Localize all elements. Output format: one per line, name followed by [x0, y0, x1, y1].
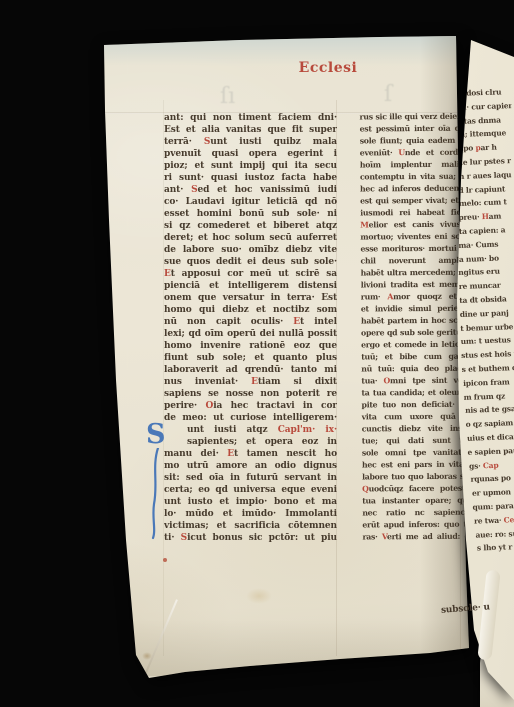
- rubricated-text: Cap: [483, 460, 499, 470]
- ink-text: tpo: [460, 144, 476, 154]
- ink-text: gs·: [469, 461, 483, 470]
- ink-text: ngitus eru: [458, 267, 500, 277]
- ink-text: ti· cur capien: [460, 101, 511, 112]
- text-line: n r aues laqu: [459, 168, 514, 184]
- ink-text: ipicon fram: [463, 377, 510, 388]
- text-line: melo: cum t: [459, 195, 514, 211]
- ink-text: qum: para: [472, 501, 513, 511]
- ink-text: s lho yt r in: [477, 542, 514, 553]
- ink-text: melo: cum t: [459, 198, 507, 209]
- leaf-text-fragments: ndosi clruti· cur capienrtas dnman; itte…: [451, 85, 514, 556]
- manuscript-photo: ſı ſ Ecclesi ant: qui non timent faciem …: [0, 0, 514, 707]
- ink-text: rqunas po: [470, 474, 511, 484]
- ink-text: er upmon: [472, 487, 511, 497]
- ink-text: re muncar: [459, 281, 501, 291]
- ink-text: ndosi clru: [461, 87, 501, 97]
- ink-text: uius et dicat: [467, 432, 514, 443]
- text-line: dine ur panj: [460, 306, 514, 322]
- rubricated-text: Ce: [504, 515, 514, 524]
- ink-text: am: [489, 212, 502, 221]
- ink-text: o qz sapiam: [465, 418, 513, 429]
- next-leaf-wrap: ndosi clruti· cur capienrtas dnman; itte…: [0, 0, 514, 707]
- text-line: er upmon: [472, 485, 514, 501]
- text-line: qum: para: [472, 499, 514, 515]
- text-line: re twa· Ce: [474, 513, 514, 529]
- text-line: e sapien pau: [467, 444, 514, 460]
- text-line: ti· cur capien: [460, 99, 511, 115]
- text-line: aue: ro: su: [475, 526, 514, 542]
- ink-text: um: t uestus: [461, 336, 511, 347]
- ink-text: te lur pstes r: [459, 156, 511, 167]
- ink-text: re twa·: [474, 515, 504, 525]
- text-line: uius et dicat: [467, 430, 514, 446]
- ink-text: preu·: [458, 212, 482, 222]
- text-line: ipicon fram: [463, 375, 514, 391]
- ink-text: e sapien pau: [467, 446, 514, 457]
- ink-text: n; ittemque: [459, 129, 506, 140]
- text-line: s lho yt r in: [477, 540, 514, 556]
- next-leaf: ndosi clruti· cur capienrtas dnman; itte…: [0, 0, 514, 707]
- ink-text: n r aues laqu: [459, 170, 512, 181]
- text-line: s et buthem c: [461, 361, 514, 377]
- ink-text: ma· Cums: [458, 239, 498, 249]
- ink-text: m frum qz: [463, 391, 505, 401]
- text-line: rqunas po: [470, 471, 514, 487]
- ink-text: stus est hois t: [461, 349, 514, 360]
- ink-text: ta capien: a: [459, 225, 506, 236]
- ink-text: s et buthem c: [462, 363, 514, 374]
- ink-text: ar h: [480, 143, 496, 153]
- ink-text: nis ad te gsa: [465, 404, 514, 415]
- ink-text: a num· bo: [459, 253, 499, 263]
- ink-text: aue: ro: su: [475, 529, 514, 539]
- ink-text: d lr capiunt: [458, 184, 505, 195]
- ink-text: dine ur panj: [460, 308, 509, 319]
- ink-text: t bemur urbe: [460, 322, 513, 333]
- ink-text: ta dt obsida: [459, 294, 507, 305]
- text-line: n; ittemque: [459, 126, 512, 142]
- ink-text: rtas dnma: [460, 115, 501, 125]
